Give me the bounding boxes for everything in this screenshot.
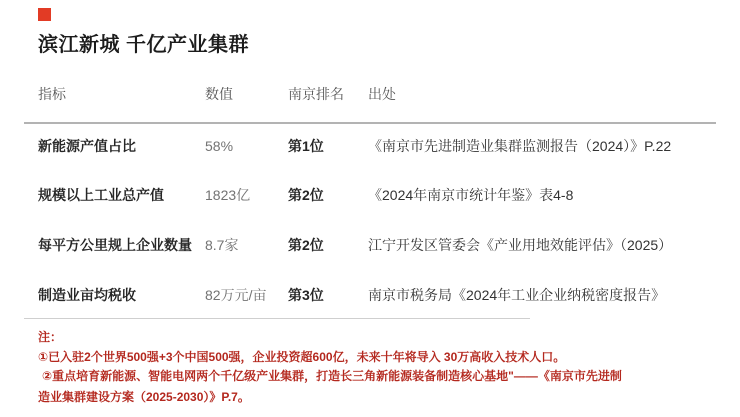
indicator-cell: 制造业亩均税收 xyxy=(38,287,205,304)
note-line: ①已入驻2个世界500强+3个中国500强，企业投资超600亿，未来十年将导入 … xyxy=(38,350,565,366)
column-header-value: 数值 xyxy=(205,86,288,103)
table-row: 每平方公里规上企业数量 8.7家 第2位 江宁开发区管委会《产业用地效能评估》（… xyxy=(0,237,740,254)
source-cell: 《2024年南京市统计年鉴》表4-8 xyxy=(368,187,720,204)
notes-divider xyxy=(24,318,530,319)
page-title: 滨江新城 千亿产业集群 xyxy=(38,33,249,57)
table-row: 规模以上工业总产值 1823亿 第2位 《2024年南京市统计年鉴》表4-8 xyxy=(0,187,740,204)
value-cell: 58% xyxy=(205,138,288,155)
accent-square-icon xyxy=(38,8,51,21)
source-cell: 南京市税务局《2024年工业企业纳税密度报告》 xyxy=(368,287,720,304)
note-line: ②重点培育新能源、智能电网两个千亿级产业集群，打造长三角新能源装备制造核心基地"… xyxy=(42,369,622,385)
value-cell: 1823亿 xyxy=(205,187,288,204)
table-row: 制造业亩均税收 82万元/亩 第3位 南京市税务局《2024年工业企业纳税密度报… xyxy=(0,287,740,304)
source-cell: 江宁开发区管委会《产业用地效能评估》（2025） xyxy=(368,237,720,254)
value-cell: 82万元/亩 xyxy=(205,287,288,304)
rank-cell: 第1位 xyxy=(288,138,368,155)
note-line: 造业集群建设方案（2025-2030）》P.7。 xyxy=(38,390,250,406)
column-header-indicator: 指标 xyxy=(38,86,205,103)
rank-cell: 第3位 xyxy=(288,287,368,304)
column-header-rank: 南京排名 xyxy=(288,86,368,103)
source-cell: 《南京市先进制造业集群监测报告（2024）》P.22 xyxy=(368,138,720,155)
indicator-cell: 规模以上工业总产值 xyxy=(38,187,205,204)
column-header-source: 出处 xyxy=(368,86,720,103)
value-cell: 8.7家 xyxy=(205,237,288,254)
indicator-cell: 每平方公里规上企业数量 xyxy=(38,237,205,254)
notes-label: 注： xyxy=(38,330,62,346)
slide-page: 滨江新城 千亿产业集群 指标 数值 南京排名 出处 新能源产值占比 58% 第1… xyxy=(0,0,740,417)
rank-cell: 第2位 xyxy=(288,237,368,254)
header-divider xyxy=(24,122,716,124)
table-row: 新能源产值占比 58% 第1位 《南京市先进制造业集群监测报告（2024）》P.… xyxy=(0,138,740,155)
indicator-cell: 新能源产值占比 xyxy=(38,138,205,155)
rank-cell: 第2位 xyxy=(288,187,368,204)
table-header-row: 指标 数值 南京排名 出处 xyxy=(0,86,740,103)
